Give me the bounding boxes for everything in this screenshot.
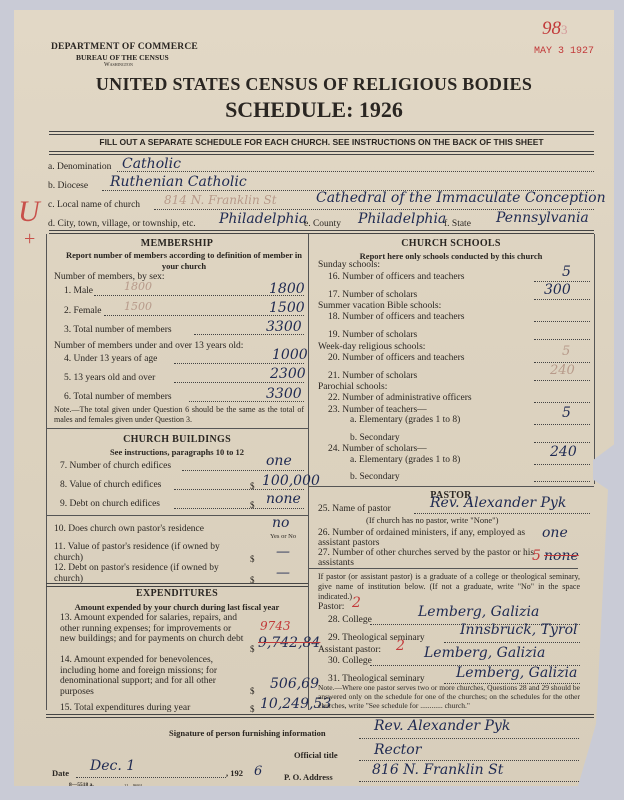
- total-members-2-value[interactable]: 3300: [266, 386, 302, 402]
- footer-rule: [46, 714, 594, 718]
- instruction-banner: FILL OUT A SEPARATE SCHEDULE FOR EACH CH…: [49, 137, 594, 147]
- pastor-mark: 2: [352, 595, 361, 611]
- year-suffix[interactable]: 6: [254, 764, 262, 779]
- church-name-label: c. Local name of church: [48, 200, 140, 210]
- edifices-label: 7. Number of church edifices: [60, 461, 171, 471]
- po-address-value[interactable]: 816 N. Franklin St: [372, 762, 503, 778]
- header-rule: [49, 131, 594, 135]
- form-number: 8—5518 a.: [69, 782, 94, 788]
- pastor-name-hint: (If church has no pastor, write "None"): [366, 515, 498, 525]
- female-faint: 1500: [124, 300, 152, 313]
- female-label: 2. Female: [64, 306, 101, 316]
- weekday-scholars-faint: 240: [550, 363, 575, 378]
- benevolences-value[interactable]: 506,69: [270, 676, 319, 692]
- membership-heading: MEMBERSHIP: [46, 238, 308, 249]
- teachers-label: 23. Number of teachers—: [328, 405, 427, 415]
- currency-sign: $: [250, 704, 255, 714]
- scholars-elementary-label: a. Elementary (grades 1 to 8): [350, 455, 460, 465]
- pastor-name-label: 25. Name of pastor: [318, 504, 391, 514]
- scholars-elementary-value[interactable]: 240: [550, 444, 577, 460]
- teachers-secondary-line: [534, 442, 590, 443]
- scholars-elementary-line: [534, 464, 590, 465]
- teachers-elementary-value[interactable]: 5: [562, 405, 571, 421]
- state-label: f. State: [444, 219, 471, 229]
- residence-value-label: 11. Value of pastor's residence (if owne…: [54, 542, 250, 564]
- margin-mark-plus: +: [24, 228, 35, 251]
- sunday-officers-label: 16. Number of officers and teachers: [328, 272, 464, 282]
- membership-note: Note.—The total given under Question 6 s…: [54, 405, 304, 425]
- over-13-line: [174, 382, 304, 383]
- official-title-line: [359, 760, 579, 761]
- weekday-scholars-line: [534, 380, 590, 381]
- pastor-name-value[interactable]: Rev. Alexander Pyk: [430, 495, 566, 511]
- assistant-ministers-value[interactable]: one: [542, 525, 568, 541]
- sunday-scholars-value[interactable]: 300: [544, 282, 571, 298]
- buildings-heading: CHURCH BUILDINGS: [46, 434, 308, 445]
- signature-label: Signature of person furnishing informati…: [169, 728, 326, 738]
- diocese-value[interactable]: Ruthenian Catholic: [110, 174, 247, 190]
- county-value[interactable]: Philadelphia: [358, 211, 446, 227]
- stamp-number: 983: [542, 18, 568, 40]
- membership-subheading: Report number of members according to de…: [64, 250, 304, 272]
- other-churches-label: 27. Number of other churches served by t…: [318, 548, 538, 568]
- summer-schools-label: Summer vacation Bible schools:: [318, 301, 441, 311]
- yes-no-hint: Yes or No: [270, 533, 296, 540]
- pastor-note: Note.—Where one pastor serves two or mor…: [318, 683, 580, 710]
- weekday-scholars-label: 21. Number of scholars: [328, 371, 417, 381]
- edifices-line: [182, 470, 304, 471]
- teachers-elementary-label: a. Elementary (grades 1 to 8): [350, 415, 460, 425]
- summer-scholars-line: [534, 339, 590, 340]
- teachers-elementary-line: [534, 424, 590, 425]
- signature-value[interactable]: Rev. Alexander Pyk: [374, 718, 510, 734]
- bureau-label: BUREAU OF THE CENSUS: [76, 53, 169, 62]
- pastor-rule: [308, 568, 578, 569]
- county-label: e. County: [304, 219, 341, 229]
- summer-officers-line: [534, 321, 590, 322]
- running-expenses-label: 13. Amount expended for salaries, repair…: [60, 613, 246, 645]
- running-expenses-correction: 9743: [260, 619, 291, 633]
- expenditures-subheading: Amount expended by your church during la…: [46, 602, 308, 612]
- residence-debt-label: 12. Debt on pastor's residence (if owned…: [54, 563, 250, 585]
- admin-officers-label: 22. Number of administrative officers: [328, 393, 472, 403]
- schools-heading: CHURCH SCHOOLS: [308, 238, 594, 249]
- pastor-label: Pastor:: [318, 602, 344, 612]
- sunday-officers-value[interactable]: 5: [562, 264, 571, 280]
- schedule-title: SCHEDULE: 1926: [14, 97, 614, 123]
- edifice-debt-value[interactable]: none: [266, 491, 301, 507]
- city-value[interactable]: Philadelphia: [219, 211, 307, 227]
- college-value[interactable]: Lemberg, Galizia: [418, 604, 539, 620]
- assistant-college-value[interactable]: Lemberg, Galizia: [424, 645, 545, 661]
- admin-officers-line: [534, 402, 590, 403]
- currency-sign: $: [250, 644, 255, 654]
- seminary-value[interactable]: Innsbruck, Tyrol: [460, 622, 578, 638]
- assistant-seminary-value[interactable]: Lemberg, Galizia: [456, 665, 577, 681]
- date-value[interactable]: Dec. 1: [90, 758, 135, 774]
- currency-sign: $: [250, 554, 255, 564]
- scholars-secondary-line: [534, 481, 590, 482]
- church-name-value[interactable]: Cathedral of the Immaculate Conception: [316, 190, 606, 206]
- weekday-officers-label: 20. Number of officers and teachers: [328, 353, 464, 363]
- male-value[interactable]: 1800: [269, 281, 305, 297]
- edifice-value-line: [174, 489, 304, 490]
- denomination-line: [117, 171, 594, 172]
- parochial-schools-label: Parochial schools:: [318, 382, 387, 392]
- total-members-value[interactable]: 3300: [266, 319, 302, 335]
- age-label: Number of members under and over 13 year…: [54, 341, 243, 351]
- state-value[interactable]: Pennsylvania: [496, 210, 589, 226]
- assistant-pastor-label: Assistant pastor:: [318, 645, 381, 655]
- date-label: Date: [52, 768, 69, 778]
- teachers-secondary-label: b. Secondary: [350, 433, 400, 443]
- assistant-college-label: 30. College: [328, 656, 372, 666]
- college-label: 28. College: [328, 615, 372, 625]
- summer-officers-label: 18. Number of officers and teachers: [328, 312, 464, 322]
- year-prefix: , 192: [226, 768, 243, 778]
- schools-rule: [308, 486, 594, 487]
- church-address-faint: 814 N. Franklin St: [164, 193, 277, 207]
- sunday-schools-label: Sunday schools:: [318, 260, 380, 270]
- male-faint: 1800: [124, 280, 152, 293]
- sunday-scholars-label: 17. Number of scholars: [328, 290, 417, 300]
- over-13-value[interactable]: 2300: [270, 366, 306, 382]
- date-line: [76, 777, 226, 778]
- weekday-schools-label: Week-day religious schools:: [318, 342, 425, 352]
- city-label: Washington: [104, 62, 133, 68]
- total-members-label: 3. Total number of members: [64, 325, 172, 335]
- diocese-label: b. Diocese: [48, 181, 88, 191]
- header-rule-bottom: [49, 151, 594, 155]
- assistant-ministers-label: 26. Number of ordained ministers, if any…: [318, 528, 538, 548]
- total-expenditures-label: 15. Total expenditures during year: [60, 703, 190, 713]
- under-13-value[interactable]: 1000: [272, 347, 308, 363]
- female-value[interactable]: 1500: [269, 300, 305, 316]
- scholars-label: 24. Number of scholars—: [328, 444, 427, 454]
- running-expenses-value[interactable]: 9,742,84: [258, 635, 320, 651]
- edifices-value[interactable]: one: [266, 453, 292, 469]
- edifice-value-label: 8. Value of church edifices: [60, 480, 161, 490]
- under-13-label: 4. Under 13 years of age: [64, 354, 157, 364]
- residence-debt-value[interactable]: —: [276, 565, 290, 581]
- sunday-scholars-line: [534, 299, 590, 300]
- print-code: 11—9684: [124, 783, 142, 788]
- left-border: [46, 234, 47, 710]
- received-date-stamp: MAY 3 1927: [534, 46, 594, 57]
- signature-line: [359, 738, 579, 739]
- denomination-value[interactable]: Catholic: [122, 156, 181, 172]
- residence-label: 10. Does church own pastor's residence: [54, 524, 204, 534]
- census-schedule-form: DEPARTMENT OF COMMERCE BUREAU OF THE CEN…: [14, 10, 614, 786]
- benevolences-label: 14. Amount expended for benevolences, in…: [60, 655, 246, 697]
- over-13-label: 5. 13 years old and over: [64, 373, 155, 383]
- under-13-line: [174, 363, 304, 364]
- city-field-label: d. City, town, village, or township, etc…: [48, 219, 196, 229]
- section-rule: [49, 230, 594, 234]
- denomination-label: a. Denomination: [48, 162, 111, 172]
- expenditures-heading: EXPENDITURES: [46, 588, 308, 599]
- other-churches-correction: 5: [532, 548, 541, 564]
- scholars-secondary-label: b. Secondary: [350, 472, 400, 482]
- weekday-officers-faint: 5: [562, 344, 570, 359]
- membership-rule: [46, 428, 308, 429]
- buildings-bottom-rule: [46, 583, 308, 587]
- margin-mark-u: U: [18, 195, 40, 229]
- form-title: UNITED STATES CENSUS OF RELIGIOUS BODIES: [14, 74, 614, 95]
- official-title-value[interactable]: Rector: [374, 742, 421, 758]
- po-address-line: [359, 781, 579, 782]
- edifice-debt-line: [174, 508, 304, 509]
- right-border: [594, 234, 595, 484]
- department-label: DEPARTMENT OF COMMERCE: [51, 42, 198, 52]
- po-address-label: P. O. Address: [284, 772, 333, 782]
- summer-scholars-label: 19. Number of scholars: [328, 330, 417, 340]
- assistant-pastor-mark: 2: [396, 638, 405, 654]
- currency-sign: $: [250, 686, 255, 696]
- buildings-rule: [46, 515, 308, 516]
- pastor-name-line: [414, 513, 590, 514]
- edifice-debt-label: 9. Debt on church edifices: [60, 499, 160, 509]
- total-members-2-label: 6. Total number of members: [64, 392, 172, 402]
- other-churches-value[interactable]: none: [544, 548, 579, 564]
- residence-value-value[interactable]: —: [276, 544, 290, 560]
- residence-value[interactable]: no: [272, 515, 289, 531]
- male-label: 1. Male: [64, 286, 93, 296]
- official-title-label: Official title: [294, 750, 338, 760]
- seminary-label: 29. Theological seminary: [328, 633, 425, 643]
- seminary-line: [444, 642, 580, 643]
